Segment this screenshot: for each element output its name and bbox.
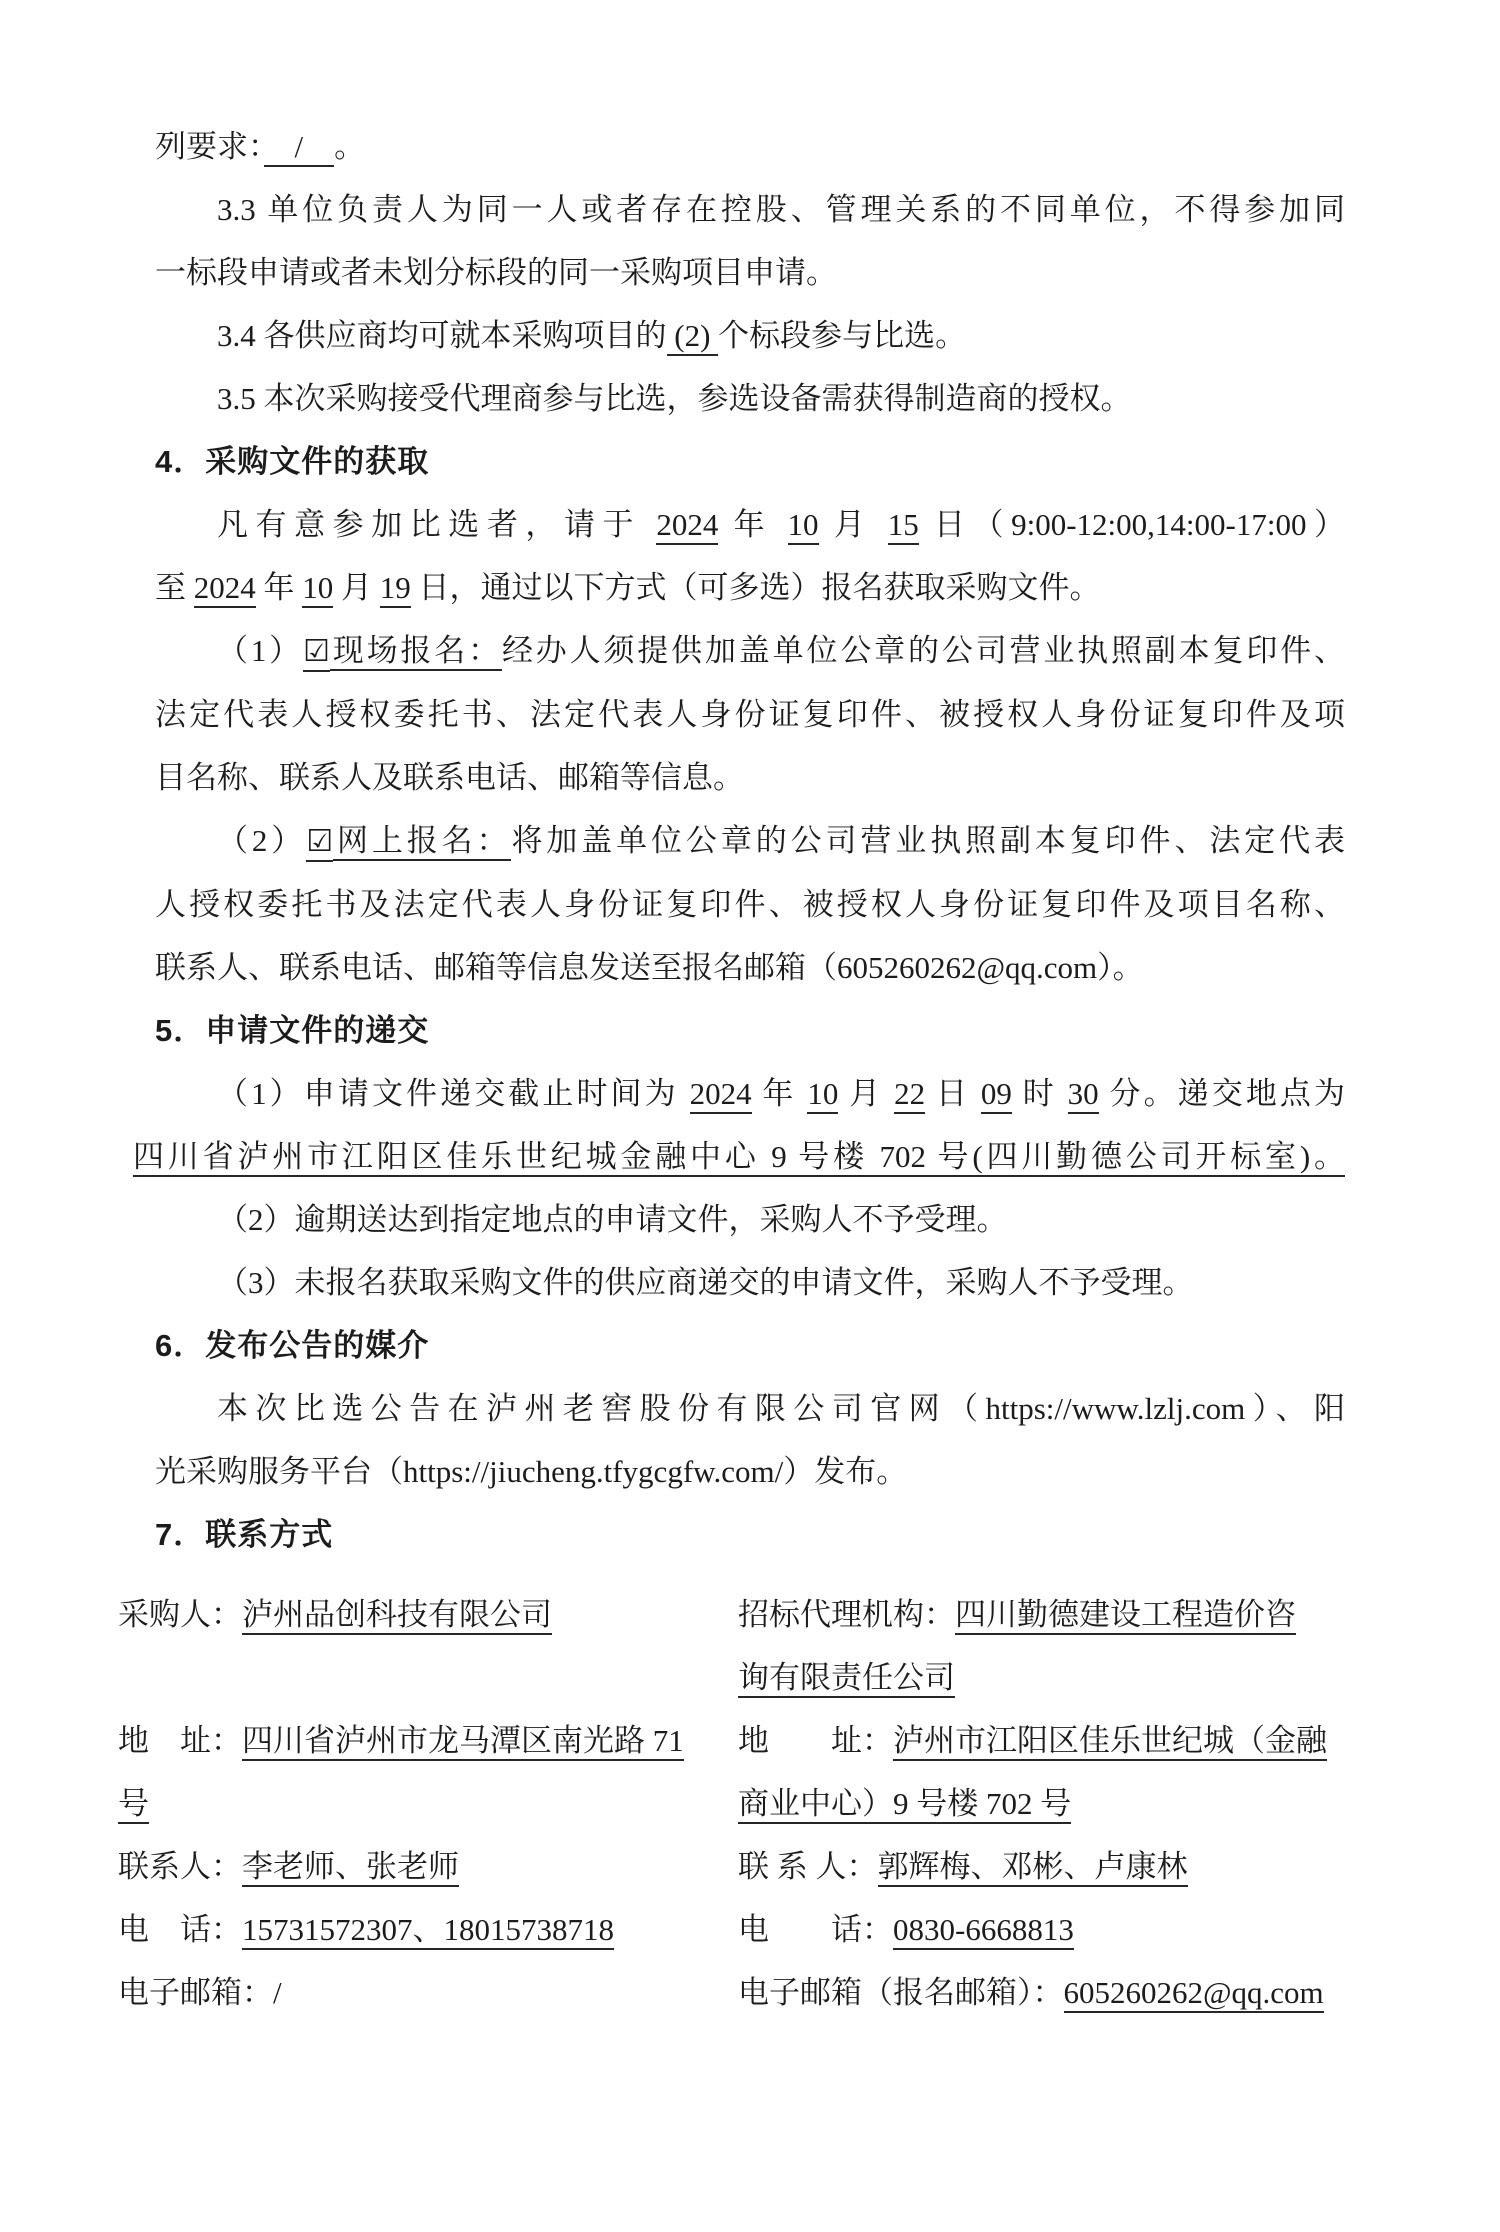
underlined-text: 四川省泸州市江阳区佳乐世纪城金融中心 9 号楼 702 号(四川勤德公司开标室)… xyxy=(133,1139,1345,1177)
document-line: （2）☑网上报名：将加盖单位公章的公司营业执照副本复印件、法定代表 xyxy=(155,809,1345,873)
text-segment: 日（9:00-12:00,14:00-17:00） xyxy=(919,507,1345,542)
contact-line: 联 系 人：郭辉梅、邓彬、卢康林 xyxy=(738,1835,1390,1898)
text-segment: 分。递交地点为 xyxy=(1099,1076,1345,1111)
contact-cell-right: 地 址：泸州市江阳区佳乐世纪城（金融商业中心）9 号楼 702 号 xyxy=(738,1709,1390,1835)
document-line: 目名称、联系人及联系电话、邮箱等信息。 xyxy=(155,746,1345,809)
text-segment: 一标段申请或者未划分标段的同一采购项目申请。 xyxy=(155,255,837,290)
section-heading: 4．采购文件的获取 xyxy=(155,430,1345,493)
text-segment: 联系人： xyxy=(118,1849,242,1884)
underlined-text: 商业中心）9 号楼 702 号 xyxy=(738,1786,1071,1824)
underlined-text: 李老师、张老师 xyxy=(242,1849,459,1887)
document-line: 3.5 本次采购接受代理商参与比选，参选设备需获得制造商的授权。 xyxy=(155,367,1345,430)
text-segment: 日 xyxy=(925,1076,981,1111)
underlined-text: 10 xyxy=(807,1076,838,1114)
document-page: 列要求： / 。3.3 单位负责人为同一人或者存在控股、管理关系的不同单位，不得… xyxy=(0,0,1500,2232)
text-segment: 至 xyxy=(155,570,194,605)
text-segment: 月 xyxy=(838,1076,894,1111)
contact-cell-right: 电子邮箱（报名邮箱）：605260262@qq.com xyxy=(738,1961,1390,2024)
contact-cell-right: 联 系 人：郭辉梅、邓彬、卢康林 xyxy=(738,1835,1390,1898)
underlined-text: 30 xyxy=(1068,1076,1099,1114)
contact-row: 地 址：四川省泸州市龙马潭区南光路 71号地 址：泸州市江阳区佳乐世纪城（金融商… xyxy=(118,1709,1390,1835)
underlined-text: 15 xyxy=(888,507,919,545)
document-line: 联系人、联系电话、邮箱等信息发送至报名邮箱（605260262@qq.com）。 xyxy=(155,936,1345,999)
underlined-text: 2024 xyxy=(690,1076,752,1114)
section-heading: 7．联系方式 xyxy=(155,1503,1345,1566)
underlined-text: 泸州品创科技有限公司 xyxy=(242,1597,552,1635)
text-segment: / xyxy=(273,1975,282,2010)
text-segment: 。 xyxy=(334,129,365,164)
text-segment: 电子邮箱： xyxy=(118,1975,273,2010)
text-segment: 地 址： xyxy=(738,1723,893,1758)
section-heading: 6．发布公告的媒介 xyxy=(155,1314,1345,1377)
document-line: 法定代表人授权委托书、法定代表人身份证复印件、被授权人身份证复印件及项 xyxy=(155,683,1345,746)
text-segment: 招标代理机构： xyxy=(738,1597,955,1632)
text-segment: 个标段参与比选。 xyxy=(718,318,966,353)
underlined-text: 号 xyxy=(118,1786,149,1824)
underlined-text: 605260262@qq.com xyxy=(1064,1975,1324,2013)
contact-line: 电 话：15731572307、18015738718 xyxy=(118,1898,738,1961)
text-segment: 6．发布公告的媒介 xyxy=(155,1328,429,1363)
document-line: 人授权委托书及法定代表人身份证复印件、被授权人身份证复印件及项目名称、 xyxy=(155,873,1345,936)
contact-line: 电子邮箱（报名邮箱）：605260262@qq.com xyxy=(738,1961,1390,2024)
underlined-text: 10 xyxy=(302,570,333,608)
contact-line: 联系人：李老师、张老师 xyxy=(118,1835,738,1898)
text-segment: 联 系 人： xyxy=(738,1849,878,1884)
text-segment: 3.3 单位负责人为同一人或者存在控股、管理关系的不同单位，不得参加同 xyxy=(217,192,1345,227)
text-segment: 光采购服务平台（https://jiucheng.tfygcgfw.com/）发… xyxy=(155,1454,907,1489)
text-segment: 人授权委托书及法定代表人身份证复印件、被授权人身份证复印件及项目名称、 xyxy=(155,887,1345,922)
underlined-text: 0830-6668813 xyxy=(893,1912,1074,1950)
contact-cell-right: 招标代理机构：四川勤德建设工程造价咨询有限责任公司 xyxy=(738,1583,1390,1709)
contact-table: 采购人：泸州品创科技有限公司招标代理机构：四川勤德建设工程造价咨询有限责任公司地… xyxy=(118,1583,1390,2024)
underlined-text: 四川省泸州市龙马潭区南光路 71 xyxy=(242,1723,684,1761)
document-line: 列要求： / 。 xyxy=(155,115,1345,178)
document-line: （1）☑现场报名：经办人须提供加盖单位公章的公司营业执照副本复印件、 xyxy=(155,619,1345,683)
contact-line: 商业中心）9 号楼 702 号 xyxy=(738,1772,1390,1835)
contact-line: 电 话：0830-6668813 xyxy=(738,1898,1390,1961)
document-body: 列要求： / 。3.3 单位负责人为同一人或者存在控股、管理关系的不同单位，不得… xyxy=(155,115,1345,2024)
contact-line: 号 xyxy=(118,1772,738,1835)
text-segment: 联系人、联系电话、邮箱等信息发送至报名邮箱（605260262@qq.com）。 xyxy=(155,950,1144,985)
contact-cell-left: 采购人：泸州品创科技有限公司 xyxy=(118,1583,738,1646)
contact-line: 地 址：泸州市江阳区佳乐世纪城（金融 xyxy=(738,1709,1390,1772)
underlined-text: 郭辉梅、邓彬、卢康林 xyxy=(878,1849,1188,1887)
document-line: 四川省泸州市江阳区佳乐世纪城金融中心 9 号楼 702 号(四川勤德公司开标室)… xyxy=(133,1125,1345,1188)
text-segment: 列要求： xyxy=(155,129,264,164)
contact-line: 询有限责任公司 xyxy=(738,1646,1390,1709)
underlined-text: 2024 xyxy=(194,570,256,608)
underlined-text: 四川勤德建设工程造价咨 xyxy=(955,1597,1296,1635)
text-segment: 本次比选公告在泸州老窖股份有限公司官网（https://www.lzlj.com… xyxy=(217,1391,1345,1426)
section-heading: 5．申请文件的递交 xyxy=(155,999,1345,1062)
document-line: 3.3 单位负责人为同一人或者存在控股、管理关系的不同单位，不得参加同 xyxy=(155,178,1345,241)
text-segment: 时 xyxy=(1012,1076,1068,1111)
text-segment: 月 xyxy=(333,570,380,605)
text-segment: （2）逾期送达到指定地点的申请文件，采购人不予受理。 xyxy=(217,1202,1008,1237)
text-segment: 3.5 本次采购接受代理商参与比选，参选设备需获得制造商的授权。 xyxy=(217,381,1132,416)
contact-row: 电 话：15731572307、18015738718电 话：0830-6668… xyxy=(118,1898,1390,1961)
contact-cell-left: 电 话：15731572307、18015738718 xyxy=(118,1898,738,1961)
document-line: （3）未报名获取采购文件的供应商递交的申请文件，采购人不予受理。 xyxy=(155,1251,1345,1314)
contact-row: 联系人：李老师、张老师联 系 人：郭辉梅、邓彬、卢康林 xyxy=(118,1835,1390,1898)
contact-cell-left: 地 址：四川省泸州市龙马潭区南光路 71号 xyxy=(118,1709,738,1835)
document-line: 至 2024 年 10 月 19 日，通过以下方式（可多选）报名获取采购文件。 xyxy=(155,556,1345,619)
document-line: 本次比选公告在泸州老窖股份有限公司官网（https://www.lzlj.com… xyxy=(155,1377,1345,1440)
underlined-text: (2) xyxy=(667,318,719,356)
contact-row: 电子邮箱：/电子邮箱（报名邮箱）：605260262@qq.com xyxy=(118,1961,1390,2024)
text-segment: （1）申请文件递交截止时间为 xyxy=(217,1076,690,1111)
document-line: 凡有意参加比选者，请于 2024 年 10 月 15 日（9:00-12:00,… xyxy=(155,493,1345,556)
text-segment: 年 xyxy=(256,570,303,605)
underlined-text: 网上报名： xyxy=(333,823,511,861)
document-line: （2）逾期送达到指定地点的申请文件，采购人不予受理。 xyxy=(155,1188,1345,1251)
document-line: （1）申请文件递交截止时间为 2024 年 10 月 22 日 09 时 30 … xyxy=(155,1062,1345,1125)
text-segment: 7．联系方式 xyxy=(155,1517,333,1552)
underlined-text: 09 xyxy=(981,1076,1012,1114)
underlined-text: 15731572307、18015738718 xyxy=(242,1912,614,1950)
text-segment: 凡有意参加比选者，请于 xyxy=(217,507,656,542)
contact-cell-left: 联系人：李老师、张老师 xyxy=(118,1835,738,1898)
text-segment: 4．采购文件的获取 xyxy=(155,444,429,479)
contact-cell-right: 电 话：0830-6668813 xyxy=(738,1898,1390,1961)
contact-line: 招标代理机构：四川勤德建设工程造价咨 xyxy=(738,1583,1390,1646)
text-segment: （2） xyxy=(217,823,306,858)
contact-line: 地 址：四川省泸州市龙马潭区南光路 71 xyxy=(118,1709,738,1772)
text-segment: 经办人须提供加盖单位公章的公司营业执照副本复印件、 xyxy=(502,633,1345,668)
text-segment: （3）未报名获取采购文件的供应商递交的申请文件，采购人不予受理。 xyxy=(217,1265,1194,1300)
text-segment: 年 xyxy=(752,1076,808,1111)
checkbox-checked-icon: ☑ xyxy=(306,824,333,862)
text-segment: 5．申请文件的递交 xyxy=(155,1013,429,1048)
document-line: 光采购服务平台（https://jiucheng.tfygcgfw.com/）发… xyxy=(155,1440,1345,1503)
text-segment: 采购人： xyxy=(118,1597,242,1632)
text-segment: 法定代表人授权委托书、法定代表人身份证复印件、被授权人身份证复印件及项 xyxy=(155,697,1345,732)
contact-row: 采购人：泸州品创科技有限公司招标代理机构：四川勤德建设工程造价咨询有限责任公司 xyxy=(118,1583,1390,1709)
text-segment: 电子邮箱（报名邮箱）： xyxy=(738,1975,1064,2010)
text-segment: 月 xyxy=(819,507,888,542)
underlined-text: 22 xyxy=(894,1076,925,1114)
underlined-text: 现场报名： xyxy=(330,633,502,671)
text-segment: 地 址： xyxy=(118,1723,242,1758)
text-segment: 日，通过以下方式（可多选）报名获取采购文件。 xyxy=(411,570,1101,605)
text-segment: 年 xyxy=(718,507,787,542)
text-segment: 3.4 各供应商均可就本采购项目的 xyxy=(217,318,667,353)
contact-line: 采购人：泸州品创科技有限公司 xyxy=(118,1583,738,1646)
text-segment: 将加盖单位公章的公司营业执照副本复印件、法定代表 xyxy=(511,823,1345,858)
document-lines: 列要求： / 。3.3 单位负责人为同一人或者存在控股、管理关系的不同单位，不得… xyxy=(155,115,1345,1566)
contact-line: 电子邮箱：/ xyxy=(118,1961,738,2024)
underlined-text: 2024 xyxy=(656,507,718,545)
contact-cell-left: 电子邮箱：/ xyxy=(118,1961,738,2024)
text-segment: 目名称、联系人及联系电话、邮箱等信息。 xyxy=(155,760,744,795)
text-segment: 电 话： xyxy=(118,1912,242,1947)
checkbox-checked-icon: ☑ xyxy=(303,634,330,672)
document-line: 一标段申请或者未划分标段的同一采购项目申请。 xyxy=(155,241,1345,304)
document-line: 3.4 各供应商均可就本采购项目的 (2) 个标段参与比选。 xyxy=(155,304,1345,367)
text-segment: 电 话： xyxy=(738,1912,893,1947)
underlined-text: 询有限责任公司 xyxy=(738,1660,955,1698)
underlined-text: 19 xyxy=(380,570,411,608)
underlined-text: / xyxy=(264,129,335,167)
underlined-text: 泸州市江阳区佳乐世纪城（金融 xyxy=(893,1723,1327,1761)
text-segment: （1） xyxy=(217,633,303,668)
underlined-text: 10 xyxy=(788,507,819,545)
